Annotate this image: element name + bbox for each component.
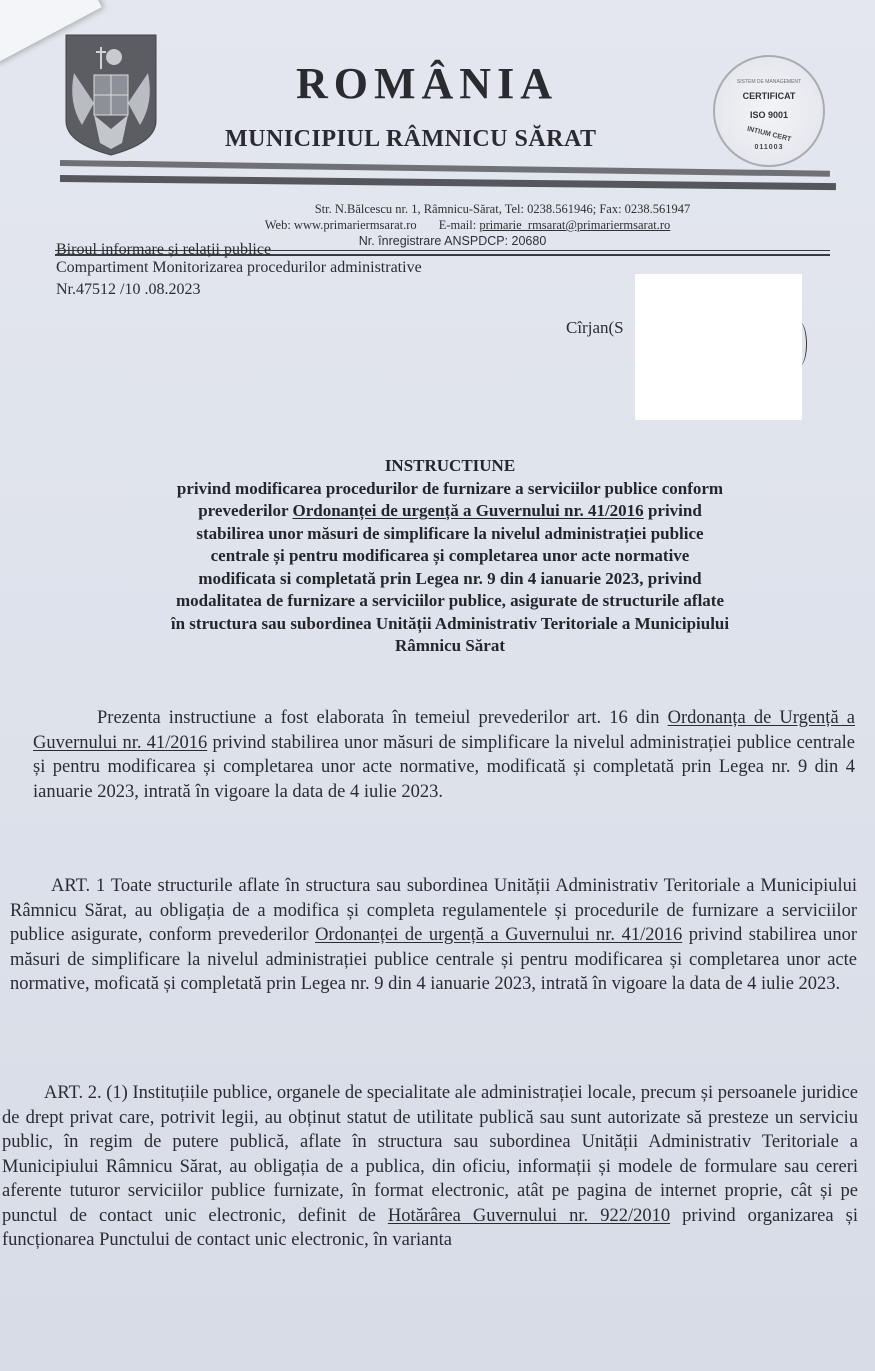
- law-reference-link: Ordonanței de urgență a Guvernului nr. 4…: [315, 925, 682, 945]
- website-link[interactable]: Web: www.primariermsarat.ro: [265, 218, 417, 232]
- email-link[interactable]: primarie_rmsarat@primariermsarat.ro: [479, 218, 670, 232]
- title-line: Râmnicu Sărat: [40, 635, 860, 658]
- header-divider-bar: [60, 160, 830, 177]
- iso-certificate-seal: SISTEM DE MANAGEMENT CERTIFICAT ISO 9001…: [713, 55, 825, 167]
- title-line: modalitatea de furnizare a serviciilor p…: [40, 590, 860, 613]
- title-line: în structura sau subordinea Unității Adm…: [40, 613, 860, 636]
- redaction-box: [635, 274, 802, 420]
- header-divider-bar: [60, 175, 836, 190]
- municipality-title: MUNICIPIUL RÂMNICU SĂRAT: [225, 126, 597, 153]
- title-line: privind modificarea procedurilor de furn…: [40, 478, 860, 501]
- contact-web-email: Web: www.primariermsarat.roE-mail: prima…: [0, 218, 875, 233]
- title-line: centrale și pentru modificarea și comple…: [40, 545, 860, 568]
- country-title: ROMÂNIA: [296, 58, 558, 109]
- title-line: modificata si completată prin Legea nr. …: [40, 568, 860, 591]
- contact-address: Str. N.Bălcescu nr. 1, Râmnicu-Sărat, Te…: [0, 202, 875, 217]
- seal-standard: ISO 9001: [715, 110, 823, 120]
- paragraph-text: Prezenta instructiune a fost elaborata î…: [97, 708, 668, 728]
- seal-number: 011003: [715, 144, 823, 151]
- article-2-paragraph: ART. 2. (1) Instituțiile publice, organe…: [2, 1081, 858, 1253]
- intro-paragraph: Prezenta instructiune a fost elaborata î…: [33, 706, 855, 804]
- romanian-coat-of-arms-icon: [64, 33, 158, 157]
- registration-number: Nr.47512 /10 .08.2023: [56, 281, 200, 299]
- law-reference-link: Hotărârea Guvernului nr. 922/2010: [388, 1206, 670, 1226]
- document-page: ROMÂNIA MUNICIPIUL RÂMNICU SĂRAT SISTEM …: [0, 0, 875, 1371]
- law-reference-link: Ordonanței de urgență a Guvernului nr. 4…: [292, 501, 643, 520]
- title-text: privind: [644, 501, 702, 520]
- paragraph-text: ART. 2. (1) Instituțiile publice, organe…: [2, 1083, 858, 1226]
- document-title: INSTRUCTIUNE privind modificarea procedu…: [40, 455, 860, 658]
- title-line: stabilirea unor măsuri de simplificare l…: [40, 523, 860, 546]
- recipient-name: Cîrjan(S: [566, 318, 624, 338]
- title-heading: INSTRUCTIUNE: [40, 455, 860, 478]
- sender-department: Compartiment Monitorizarea procedurilor …: [56, 259, 422, 277]
- seal-small-text: SISTEM DE MANAGEMENT: [715, 79, 823, 85]
- seal-certificat: CERTIFICAT: [715, 91, 823, 101]
- title-text: prevederilor: [198, 501, 292, 520]
- email-label: E-mail:: [439, 218, 480, 232]
- title-line: prevederilor Ordonanței de urgență a Guv…: [40, 500, 860, 523]
- article-1-paragraph: ART. 1 Toate structurile aflate în struc…: [10, 874, 857, 997]
- sender-office: Biroul informare și relații publice: [56, 241, 271, 259]
